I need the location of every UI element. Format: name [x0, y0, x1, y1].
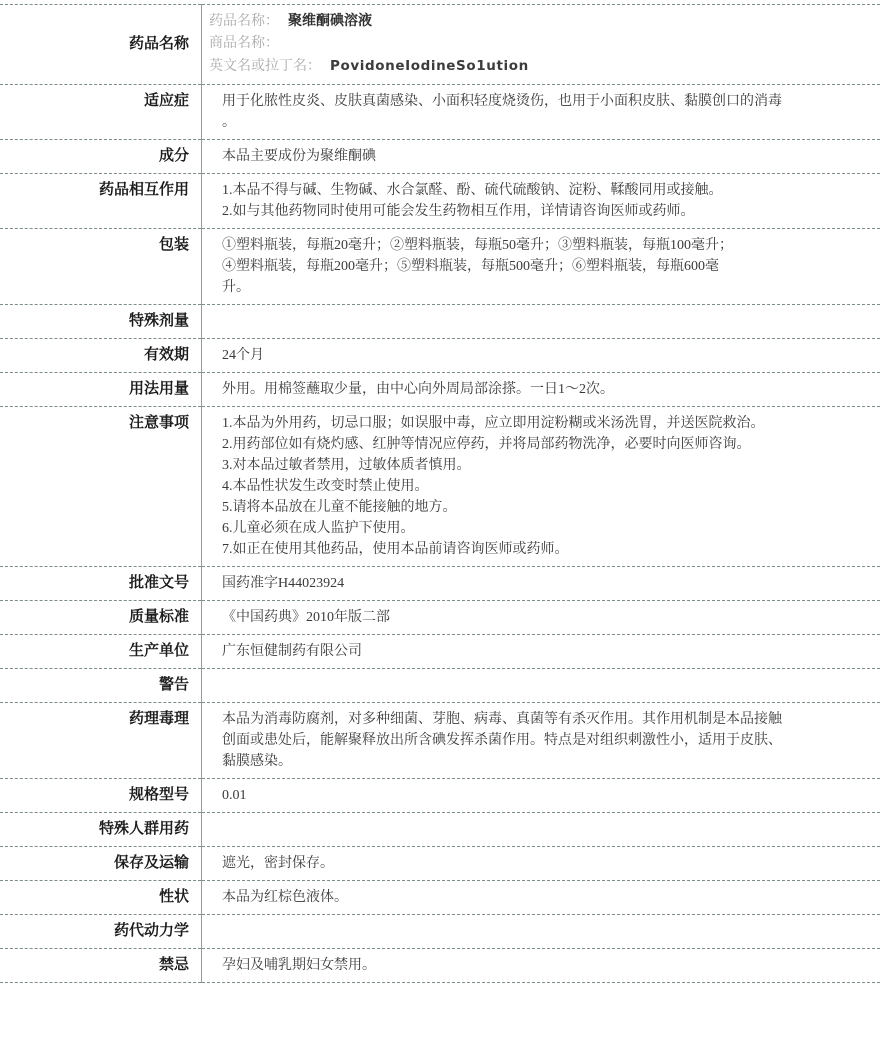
field-key: 商品名称： [209, 36, 279, 51]
row-label: 保存及运输 [0, 847, 202, 881]
table-row: 药理毒理本品为消毒防腐剂，对多种细菌、芽胞、病毒、真菌等有杀灭作用。其作用机制是… [0, 703, 880, 779]
row-content [202, 669, 880, 703]
table-row: 药品名称药品名称：聚维酮碘溶液商品名称：英文名或拉丁名：PovidoneIodi… [0, 5, 880, 85]
row-label: 禁忌 [0, 949, 202, 983]
row-content: ①塑料瓶装，每瓶20毫升；②塑料瓶装，每瓶50毫升；③塑料瓶装，每瓶100毫升；… [202, 229, 880, 305]
row-content: 《中国药典》2010年版二部 [202, 601, 880, 635]
content-line: 2.如与其他药物同时使用可能会发生药物相互作用，详情请咨询医师或药师。 [222, 201, 868, 222]
content-line: 《中国药典》2010年版二部 [222, 607, 868, 628]
table-row: 批准文号国药准字H44023924 [0, 567, 880, 601]
table-row: 性状本品为红棕色液体。 [0, 881, 880, 915]
content-line: 国药准字H44023924 [222, 573, 868, 594]
row-label: 有效期 [0, 339, 202, 373]
row-label: 药代动力学 [0, 915, 202, 949]
row-content [202, 305, 880, 339]
row-content: 药品名称：聚维酮碘溶液商品名称：英文名或拉丁名：PovidoneIodineSo… [202, 5, 880, 85]
content-line: 24个月 [222, 345, 868, 366]
drug-info-table-body: 药品名称药品名称：聚维酮碘溶液商品名称：英文名或拉丁名：PovidoneIodi… [0, 5, 880, 983]
content-line: 0.01 [222, 785, 868, 806]
table-row: 质量标准《中国药典》2010年版二部 [0, 601, 880, 635]
content-line: 5.请将本品放在儿童不能接触的地方。 [222, 497, 868, 518]
row-content: 国药准字H44023924 [202, 567, 880, 601]
content-line: ①塑料瓶装，每瓶20毫升；②塑料瓶装，每瓶50毫升；③塑料瓶装，每瓶100毫升； [222, 235, 868, 256]
row-label: 特殊人群用药 [0, 813, 202, 847]
row-label: 特殊剂量 [0, 305, 202, 339]
row-content: 1.本品为外用药，切忌口服；如误服中毒，应立即用淀粉糊或米汤洗胃，并送医院救治。… [202, 407, 880, 567]
content-line: 7.如正在使用其他药品，使用本品前请咨询医师或药师。 [222, 539, 868, 560]
row-label: 药品名称 [0, 5, 202, 85]
row-label: 警告 [0, 669, 202, 703]
row-label: 药品相互作用 [0, 174, 202, 229]
content-line: 。 [222, 112, 868, 133]
content-line: 2.用药部位如有烧灼感、红肿等情况应停药，并将局部药物洗净，必要时向医师咨询。 [222, 434, 868, 455]
content-line: 本品主要成份为聚维酮碘 [222, 146, 868, 167]
content-line: 1.本品不得与碱、生物碱、水合氯醛、酚、硫代硫酸钠、淀粉、鞣酸同用或接触。 [222, 180, 868, 201]
row-content: 本品为红棕色液体。 [202, 881, 880, 915]
row-label: 药理毒理 [0, 703, 202, 779]
row-content: 遮光，密封保存。 [202, 847, 880, 881]
row-label: 规格型号 [0, 779, 202, 813]
row-label: 成分 [0, 140, 202, 174]
table-row: 保存及运输遮光，密封保存。 [0, 847, 880, 881]
content-line: 4.本品性状发生改变时禁止使用。 [222, 476, 868, 497]
content-line: 创面或患处后，能解聚释放出所含碘发挥杀菌作用。特点是对组织刺激性小，适用于皮肤、 [222, 730, 868, 751]
table-row: 药品相互作用1.本品不得与碱、生物碱、水合氯醛、酚、硫代硫酸钠、淀粉、鞣酸同用或… [0, 174, 880, 229]
row-content: 24个月 [202, 339, 880, 373]
table-row: 用法用量外用。用棉签蘸取少量，由中心向外周局部涂搽。一日1～2次。 [0, 373, 880, 407]
row-content: 1.本品不得与碱、生物碱、水合氯醛、酚、硫代硫酸钠、淀粉、鞣酸同用或接触。2.如… [202, 174, 880, 229]
row-label: 性状 [0, 881, 202, 915]
table-row: 适应症用于化脓性皮炎、皮肤真菌感染、小面积轻度烧烫伤，也用于小面积皮肤、黏膜创口… [0, 85, 880, 140]
field-line: 英文名或拉丁名：PovidoneIodineSo1ution [209, 55, 868, 78]
content-line: 升。 [222, 277, 868, 298]
table-row: 禁忌孕妇及哺乳期妇女禁用。 [0, 949, 880, 983]
content-line: 孕妇及哺乳期妇女禁用。 [222, 955, 868, 976]
content-line: 外用。用棉签蘸取少量，由中心向外周局部涂搽。一日1～2次。 [222, 379, 868, 400]
content-line: 遮光，密封保存。 [222, 853, 868, 874]
row-content [202, 915, 880, 949]
row-label: 包装 [0, 229, 202, 305]
table-row: 注意事项1.本品为外用药，切忌口服；如误服中毒，应立即用淀粉糊或米汤洗胃，并送医… [0, 407, 880, 567]
content-line: 广东恒健制药有限公司 [222, 641, 868, 662]
content-line: 6.儿童必须在成人监护下使用。 [222, 518, 868, 539]
table-row: 警告 [0, 669, 880, 703]
row-content: 本品为消毒防腐剂，对多种细菌、芽胞、病毒、真菌等有杀灭作用。其作用机制是本品接触… [202, 703, 880, 779]
table-row: 特殊剂量 [0, 305, 880, 339]
table-row: 特殊人群用药 [0, 813, 880, 847]
content-line: 3.对本品过敏者禁用，过敏体质者慎用。 [222, 455, 868, 476]
field-key: 英文名或拉丁名： [209, 59, 321, 74]
row-label: 适应症 [0, 85, 202, 140]
field-line: 药品名称：聚维酮碘溶液 [209, 11, 868, 33]
table-row: 规格型号0.01 [0, 779, 880, 813]
content-line: ④塑料瓶装，每瓶200毫升；⑤塑料瓶装，每瓶500毫升；⑥塑料瓶装，每瓶600毫 [222, 256, 868, 277]
content-line: 1.本品为外用药，切忌口服；如误服中毒，应立即用淀粉糊或米汤洗胃，并送医院救治。 [222, 413, 868, 434]
row-content: 孕妇及哺乳期妇女禁用。 [202, 949, 880, 983]
row-content: 用于化脓性皮炎、皮肤真菌感染、小面积轻度烧烫伤，也用于小面积皮肤、黏膜创口的消毒… [202, 85, 880, 140]
table-row: 成分本品主要成份为聚维酮碘 [0, 140, 880, 174]
row-label: 批准文号 [0, 567, 202, 601]
content-line: 黏膜感染。 [222, 751, 868, 772]
row-content: 0.01 [202, 779, 880, 813]
content-line: 本品为消毒防腐剂，对多种细菌、芽胞、病毒、真菌等有杀灭作用。其作用机制是本品接触 [222, 709, 868, 730]
row-label: 质量标准 [0, 601, 202, 635]
row-label: 生产单位 [0, 635, 202, 669]
field-key: 药品名称： [209, 14, 279, 29]
drug-info-table: 药品名称药品名称：聚维酮碘溶液商品名称：英文名或拉丁名：PovidoneIodi… [0, 4, 880, 983]
field-line: 商品名称： [209, 33, 868, 55]
row-label: 注意事项 [0, 407, 202, 567]
field-value: PovidoneIodineSo1ution [330, 58, 529, 74]
row-label: 用法用量 [0, 373, 202, 407]
field-value: 聚维酮碘溶液 [288, 14, 372, 29]
table-row: 生产单位广东恒健制药有限公司 [0, 635, 880, 669]
content-line: 用于化脓性皮炎、皮肤真菌感染、小面积轻度烧烫伤，也用于小面积皮肤、黏膜创口的消毒 [222, 91, 868, 112]
table-row: 药代动力学 [0, 915, 880, 949]
drug-info-page: 药品名称药品名称：聚维酮碘溶液商品名称：英文名或拉丁名：PovidoneIodi… [0, 0, 880, 983]
row-content [202, 813, 880, 847]
row-content: 广东恒健制药有限公司 [202, 635, 880, 669]
content-line: 本品为红棕色液体。 [222, 887, 868, 908]
table-row: 有效期24个月 [0, 339, 880, 373]
row-content: 外用。用棉签蘸取少量，由中心向外周局部涂搽。一日1～2次。 [202, 373, 880, 407]
table-row: 包装①塑料瓶装，每瓶20毫升；②塑料瓶装，每瓶50毫升；③塑料瓶装，每瓶100毫… [0, 229, 880, 305]
row-content: 本品主要成份为聚维酮碘 [202, 140, 880, 174]
